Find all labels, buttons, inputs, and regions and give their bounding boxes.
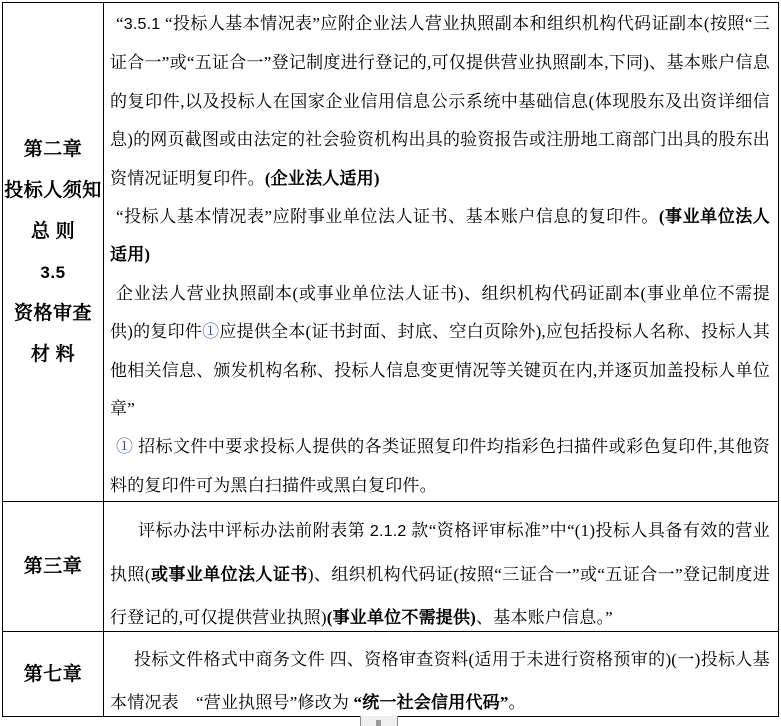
footnote-ref: ① [116,437,133,456]
paragraph: “投标人基本情况表”应附事业单位法人证书、基本账户信息的复印件。(事业单位法人适… [110,198,770,275]
chapter-label-line: 第三章 [24,546,83,587]
paragraph: 投标文件格式中商务文件 四、资格审查资料(适用于未进行资格预审的)(一)投标人基… [110,638,770,716]
text-segment: “统一社会信用代码” [354,693,509,712]
chapter-label-line: 投标人须知 [4,170,102,211]
chapter-label-line: 第二章 [24,129,83,170]
chapter-label-line: 材 料 [31,334,75,375]
fragment-stub [376,720,381,726]
paragraph: 评标办法中评标办法前附表第 2.1.2 款“资格评审标准”中“(1)投标人具备有… [110,509,770,631]
text-segment: 或事业单位法人证书 [151,565,308,584]
text-segment: (事业单位不需提供) [327,608,476,627]
text-segment: 2.1.2 [370,523,407,540]
document-table: 第二章投标人须知总 则3.5资格审查材 料“3.5.1 “投标人基本情况表”应附… [2,2,779,717]
chapter-label-line: 资格审查 [14,293,92,334]
chapter-label-cell: 第三章 [3,502,104,631]
text-segment: “投标人基本情况表”应附事业单位法人证书、基本账户信息的复印件。 [116,207,659,226]
clause-text-cell: “3.5.1 “投标人基本情况表”应附企业法人营业执照副本和组织机构代码证副本(… [104,3,778,501]
chapter-label-line: 3.5 [40,252,65,293]
paragraph: 企业法人营业执照副本(或事业单位法人证书)、组织机构代码证副本(事业单位不需提供… [110,275,770,429]
text-segment: 、基本账户信息。” [476,608,613,627]
text-segment: (企业法人适用) [265,169,380,188]
text-segment: “ [116,14,124,33]
text-segment: 。 [509,693,526,712]
clause-text-cell: 投标文件格式中商务文件 四、资格审查资料(适用于未进行资格预审的)(一)投标人基… [104,632,778,716]
page: { "colors": { "text": "#000000", "border… [0,0,781,726]
table-row: 第三章评标办法中评标办法前附表第 2.1.2 款“资格评审标准”中“(1)投标人… [3,502,778,632]
text-segment: “投标人基本情况表”应附企业法人营业执照副本和组织机构代码证副本(按照“三证合一… [110,14,770,188]
chapter-label-line: 第七章 [24,654,83,695]
chapter-label-line: 总 则 [31,211,75,252]
text-segment: 评标办法中评标办法前附表第 [138,521,370,540]
clause-text-cell: 评标办法中评标办法前附表第 2.1.2 款“资格评审标准”中“(1)投标人具备有… [104,502,778,631]
cut-off-next-page-fragment [360,716,398,726]
text-segment: 招标文件中要求投标人提供的各类证照复印件均指彩色扫描件或彩色复印件,其他资料的复… [110,437,770,494]
footnote-ref: ① [202,322,219,341]
chapter-label-cell: 第七章 [3,632,104,716]
text-segment: 3.5.1 [124,16,161,33]
chapter-label-cell: 第二章投标人须知总 则3.5资格审查材 料 [3,3,104,501]
paragraph: ① 招标文件中要求投标人提供的各类证照复印件均指彩色扫描件或彩色复印件,其他资料… [110,428,770,501]
table-row: 第七章投标文件格式中商务文件 四、资格审查资料(适用于未进行资格预审的)(一)投… [3,632,778,716]
table-row: 第二章投标人须知总 则3.5资格审查材 料“3.5.1 “投标人基本情况表”应附… [3,3,778,502]
paragraph: “3.5.1 “投标人基本情况表”应附企业法人营业执照副本和组织机构代码证副本(… [110,5,770,198]
